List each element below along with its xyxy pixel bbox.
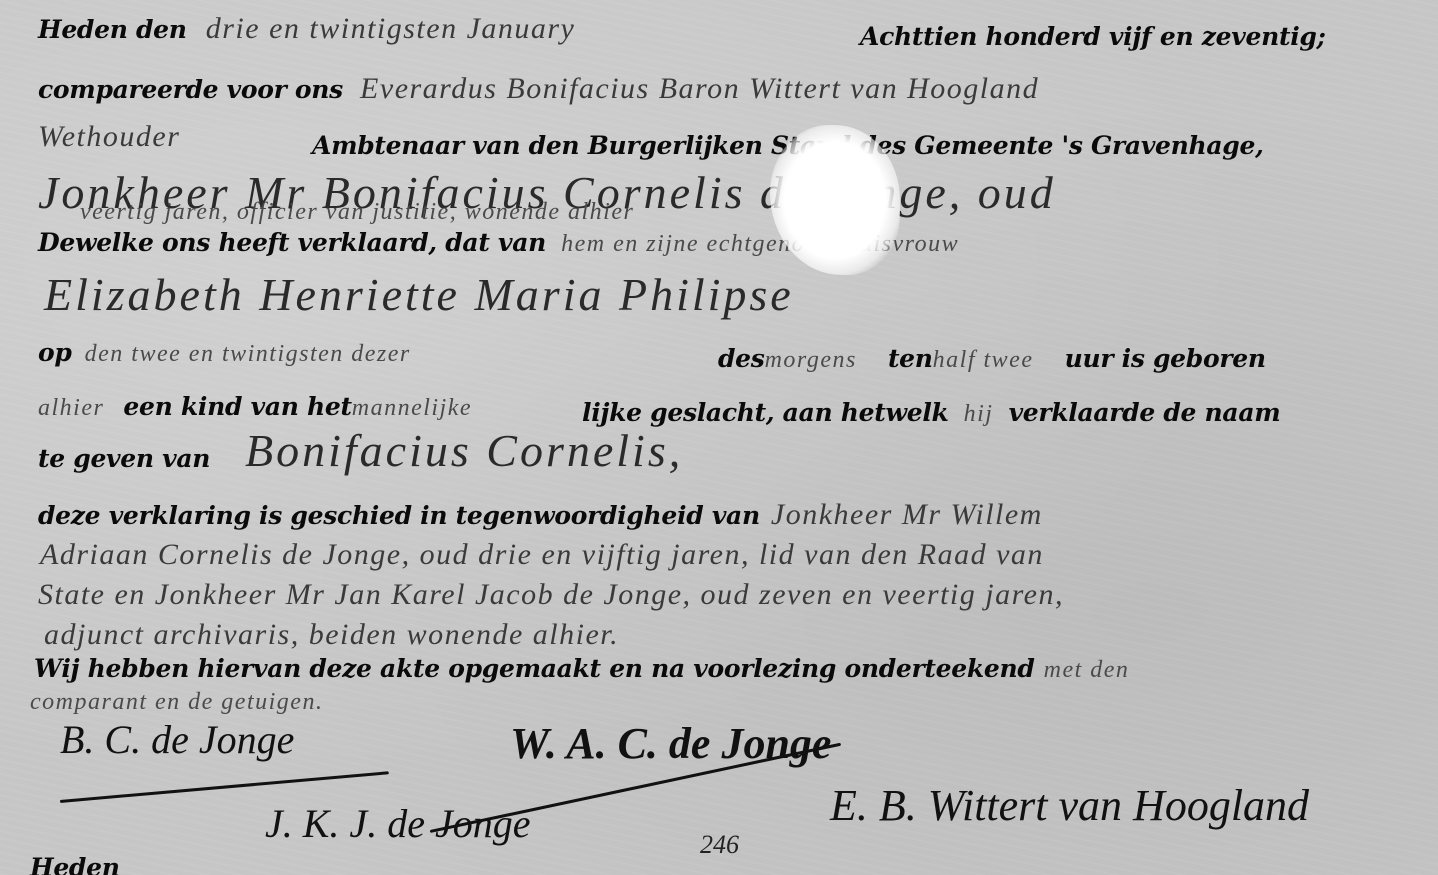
line-1: Heden den drie en twintigsten January: [38, 14, 575, 44]
handwritten-witness-1-details: Adriaan Cornelis de Jonge, oud drie en v…: [40, 538, 1044, 571]
page-number: 246: [700, 830, 739, 860]
printed-ten: ten: [888, 344, 933, 373]
printed-op: op: [38, 338, 72, 367]
handwritten-met-den: met den: [1044, 657, 1130, 683]
line-1-year: Achttien honderd vijf en zeventig;: [860, 24, 1326, 49]
handwritten-father-details: veertig jaren, officier van justitie, wo…: [80, 199, 634, 225]
printed-year: Achttien honderd vijf en zeventig;: [860, 22, 1326, 51]
handwritten-comparant: comparant en de getuigen.: [30, 689, 323, 715]
handwritten-date: drie en twintigsten January: [206, 12, 576, 45]
handwritten-spouse: hem en zijne echtgenoote huisvrouw: [561, 231, 959, 257]
line-5: veertig jaren, officier van justitie, wo…: [80, 200, 634, 224]
handwritten-witness-1: Jonkheer Mr Willem: [771, 498, 1043, 531]
handwritten-child-name: Bonifacius Cornelis,: [245, 425, 683, 476]
handwritten-witness-2: State en Jonkheer Mr Jan Karel Jacob de …: [38, 578, 1064, 611]
line-10-name: Bonifacius Cornelis,: [245, 428, 683, 474]
printed-next-heden: Heden: [30, 853, 120, 875]
line-9: alhier een kind van hetmannelijke: [38, 394, 472, 420]
printed-text: Dewelke ons heeft verklaard, dat van: [38, 228, 546, 257]
line-11: deze verklaring is geschied in tegenwoor…: [38, 500, 1043, 530]
printed-des: des: [718, 344, 765, 373]
line-13: State en Jonkheer Mr Jan Karel Jacob de …: [38, 580, 1064, 610]
printed-text: compareerde voor ons: [38, 75, 343, 104]
handwritten-place: alhier: [38, 395, 104, 421]
handwritten-mother-name: Elizabeth Henriette Maria Philipse: [44, 269, 794, 320]
signature-4: E. B. Wittert van Hoogland: [830, 780, 1309, 831]
handwritten-title: Wethouder: [38, 120, 180, 153]
handwritten-morning: morgens: [765, 347, 857, 373]
line-8-time: desmorgens tenhalf twee uur is geboren: [718, 346, 1266, 372]
signature-1: B. C. de Jonge: [60, 716, 294, 763]
line-10: te geven van: [38, 446, 210, 471]
next-record-fragment: Heden: [30, 855, 120, 875]
printed-text: Heden den: [38, 15, 187, 44]
line-16: comparant en de getuigen.: [30, 690, 323, 714]
signature-3: J. K. J. de Jonge: [265, 800, 530, 847]
line-8: op den twee en twintigsten dezer: [38, 340, 411, 366]
line-15: Wij hebben hiervan deze akte opgemaakt e…: [34, 656, 1129, 682]
signature-2: W. A. C. de Jonge: [510, 718, 831, 769]
line-9-rest: lijke geslacht, aan hetwelk hij verklaar…: [582, 400, 1280, 426]
signature-underline: [60, 771, 389, 803]
printed-text: lijke geslacht, aan hetwelk: [582, 398, 949, 427]
printed-closing: Wij hebben hiervan deze akte opgemaakt e…: [34, 654, 1035, 683]
handwritten-witness-2-details: adjunct archivaris, beiden wonende alhie…: [44, 618, 619, 651]
handwritten-gender: mannelijke: [352, 395, 472, 421]
printed-text: deze verklaring is geschied in tegenwoor…: [38, 501, 760, 530]
handwritten-hij: hij: [964, 401, 994, 427]
line-2: compareerde voor ons Everardus Bonifaciu…: [38, 74, 1039, 104]
line-3: Wethouder: [38, 122, 180, 152]
scanned-document-page: Heden den drie en twintigsten January Ac…: [0, 0, 1438, 875]
line-12: Adriaan Cornelis de Jonge, oud drie en v…: [40, 540, 1044, 570]
handwritten-official-name: Everardus Bonifacius Baron Wittert van H…: [360, 72, 1039, 105]
printed-text: te geven van: [38, 444, 210, 473]
line-14: adjunct archivaris, beiden wonende alhie…: [44, 620, 619, 650]
handwritten-time: half twee: [933, 347, 1034, 373]
printed-child: een kind van het: [123, 392, 351, 421]
printed-text: verklaarde de naam: [1009, 398, 1281, 427]
printed-born: uur is geboren: [1065, 344, 1266, 373]
line-7: Elizabeth Henriette Maria Philipse: [44, 272, 794, 318]
handwritten-birth-date: den twee en twintigsten dezer: [85, 341, 411, 367]
